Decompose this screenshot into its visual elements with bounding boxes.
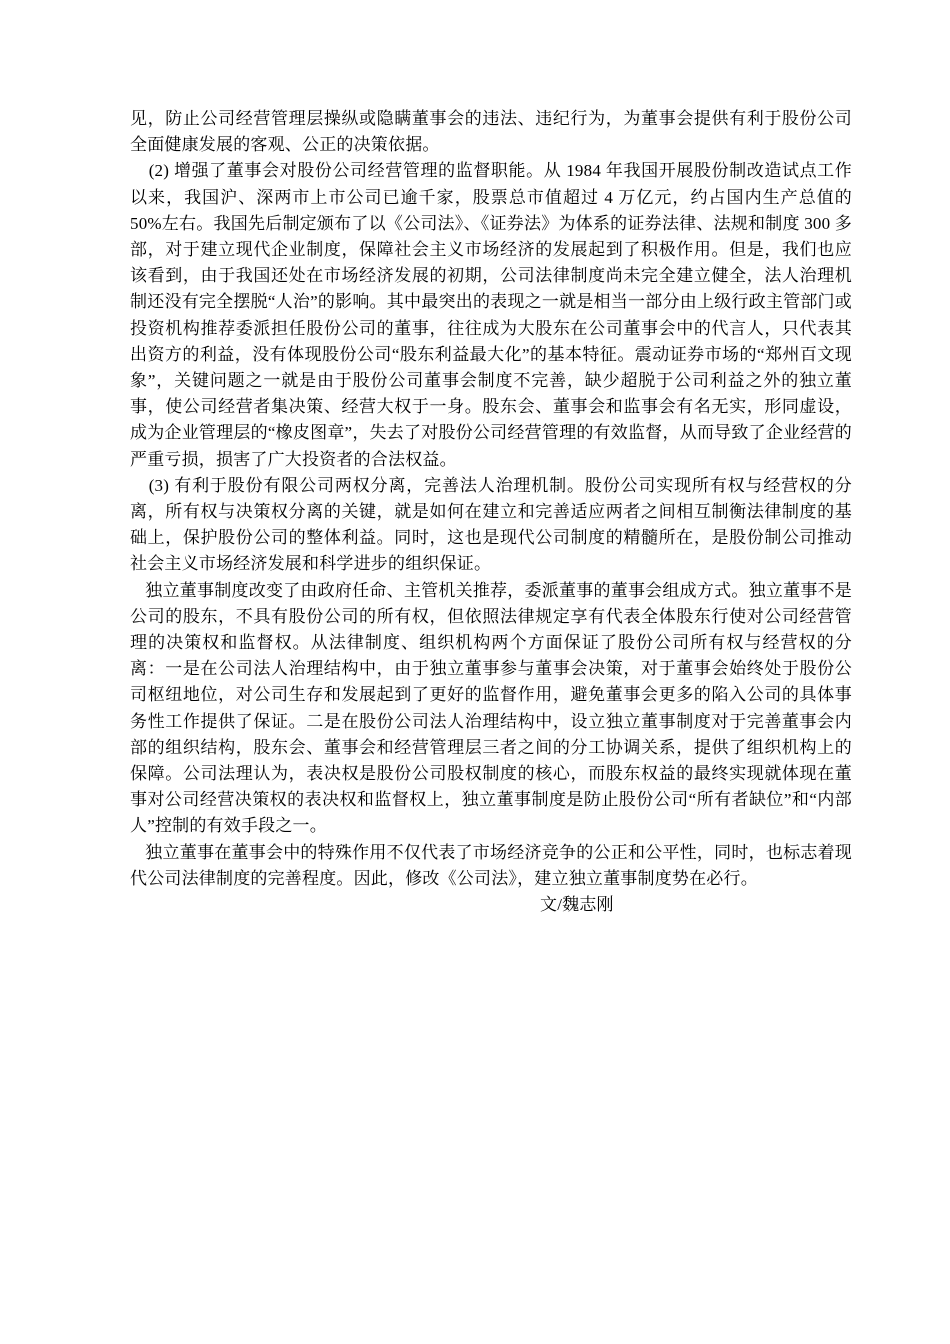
paragraph-point-2: (2) 增强了董事会对股份公司经营管理的监督职能。从 1984 年我国开展股份制… xyxy=(130,158,852,472)
paragraph-point-3: (3) 有利于股份有限公司两权分离，完善法人治理机制。股份公司实现所有权与经营权… xyxy=(130,473,852,578)
paragraph-conclusion: 独立董事在董事会中的特殊作用不仅代表了市场经济竞争的公正和公平性，同时，也标志着… xyxy=(130,840,852,892)
paragraph-independent-director-system: 独立董事制度改变了由政府任命、主管机关推荐，委派董事的董事会组成方式。独立董事不… xyxy=(130,578,852,840)
paragraph-continuation: 见，防止公司经营管理层操纵或隐瞒董事会的违法、违纪行为，为董事会提供有利于股份公… xyxy=(130,106,852,158)
article-body: 见，防止公司经营管理层操纵或隐瞒董事会的违法、违纪行为，为董事会提供有利于股份公… xyxy=(130,106,852,918)
author-byline: 文/魏志刚 xyxy=(130,892,852,918)
document-page: 见，防止公司经营管理层操纵或隐瞒董事会的违法、违纪行为，为董事会提供有利于股份公… xyxy=(0,0,950,1344)
